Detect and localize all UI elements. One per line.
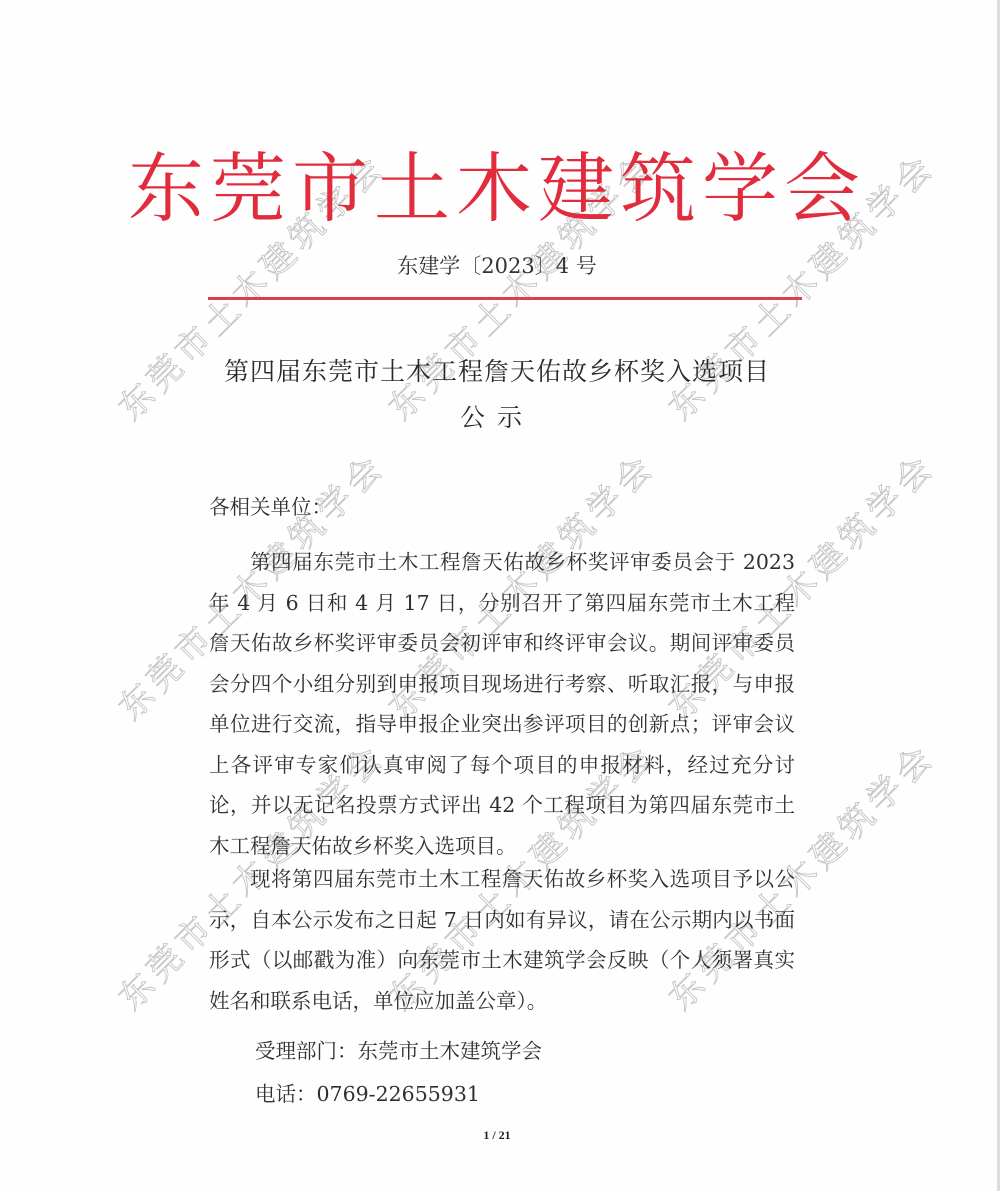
document-number: 东建学〔2023〕4 号 [0,250,994,280]
header-divider [208,297,802,300]
document-page: 东莞市土木建筑学会 东莞市土木建筑学会 东莞市土木建筑学会 东莞市土木建筑学会 … [0,0,1000,1191]
salutation: 各相关单位： [209,490,795,520]
page-number: 1 / 21 [0,1128,994,1143]
body-paragraph: 第四届东莞市土木工程詹天佑故乡杯奖评审委员会于 2023 年 4 月 6 日和 … [209,542,795,866]
notice-subtitle: 公示 [0,398,994,434]
organization-title: 东莞市土木建筑学会 [0,128,994,237]
body-paragraph: 现将第四届东莞市土木工程詹天佑故乡杯奖入选项目予以公示，自本公示发布之日起 7 … [209,859,795,1021]
contact-department: 受理部门：东莞市土木建筑学会 [255,1034,542,1064]
contact-phone: 电话：0769-22655931 [255,1077,480,1107]
notice-title: 第四届东莞市土木工程詹天佑故乡杯奖入选项目 [0,352,994,388]
